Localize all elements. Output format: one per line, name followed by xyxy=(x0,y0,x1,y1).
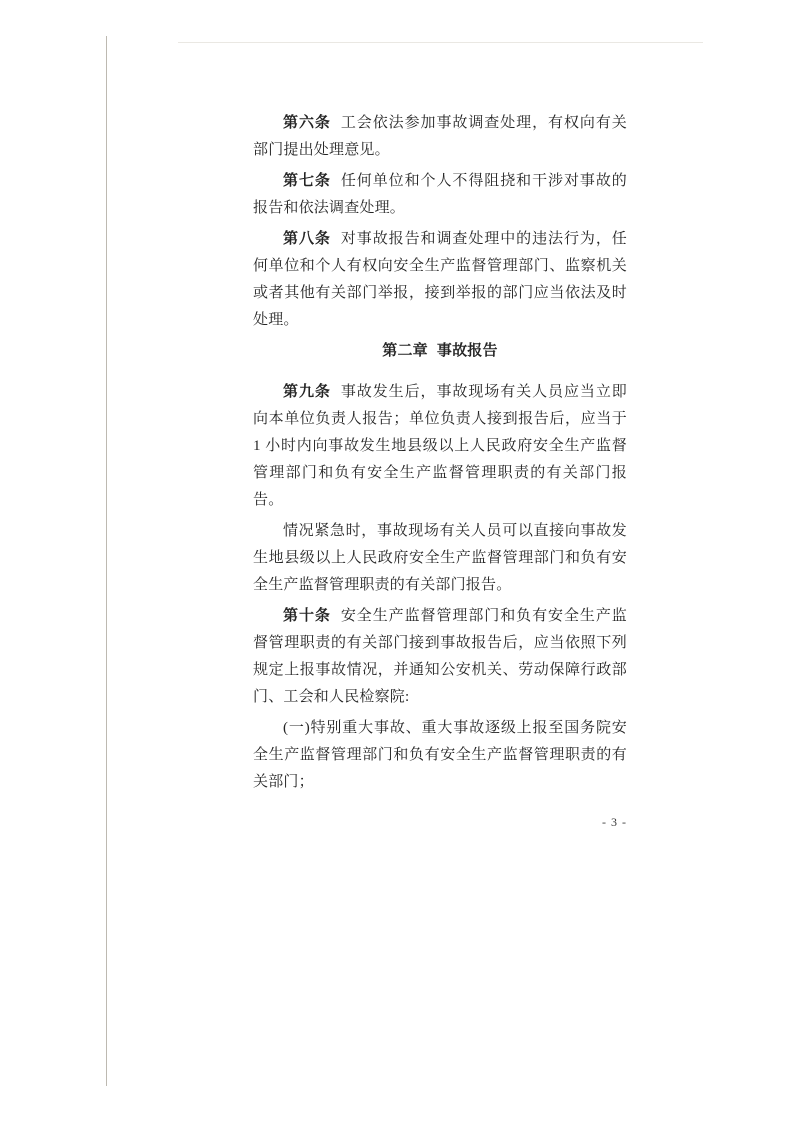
article-paragraph-8: 第八条对事故报告和调查处理中的违法行为，任何单位和个人有权向安全生产监督管理部门… xyxy=(253,226,627,334)
article-label: 第六条 xyxy=(283,115,331,131)
top-edge-scan-line xyxy=(178,42,703,43)
chapter-heading: 第二章事故报告 xyxy=(253,338,627,365)
list-item-text: (一)特别重大事故、重大事故逐级上报至国务院安全生产监督管理部门和负有安全生产监… xyxy=(253,720,627,790)
article-text: 事故发生后，事故现场有关人员应当立即向本单位负责人报告；单位负责人接到报告后，应… xyxy=(253,384,627,508)
page-number: - 3 - xyxy=(253,815,627,829)
chapter-number: 第二章 xyxy=(382,343,428,359)
article-paragraph-10: 第十条安全生产监督管理部门和负有安全生产监督管理职责的有关部门接到事故报告后，应… xyxy=(253,603,627,711)
article-label: 第十条 xyxy=(283,608,331,624)
article-paragraph-9: 第九条事故发生后，事故现场有关人员应当立即向本单位负责人报告；单位负责人接到报告… xyxy=(253,379,627,514)
article-paragraph-6: 第六条工会依法参加事故调查处理，有权向有关部门提出处理意见。 xyxy=(253,110,627,164)
body-paragraph: 情况紧急时，事故现场有关人员可以直接向事故发生地县级以上人民政府安全生产监督管理… xyxy=(253,518,627,599)
body-text: 情况紧急时，事故现场有关人员可以直接向事故发生地县级以上人民政府安全生产监督管理… xyxy=(253,523,627,593)
document-text-block: 第六条工会依法参加事故调查处理，有权向有关部门提出处理意见。 第七条任何单位和个… xyxy=(253,110,627,829)
chapter-title: 事故报告 xyxy=(437,343,498,359)
left-margin-scan-line xyxy=(106,36,107,1086)
article-label: 第七条 xyxy=(283,173,331,189)
article-paragraph-7: 第七条任何单位和个人不得阻挠和干涉对事故的报告和依法调查处理。 xyxy=(253,168,627,222)
document-page: 第六条工会依法参加事故调查处理，有权向有关部门提出处理意见。 第七条任何单位和个… xyxy=(0,0,793,1122)
article-label: 第八条 xyxy=(283,231,331,247)
article-label: 第九条 xyxy=(283,384,331,400)
list-item-paragraph: (一)特别重大事故、重大事故逐级上报至国务院安全生产监督管理部门和负有安全生产监… xyxy=(253,715,627,796)
